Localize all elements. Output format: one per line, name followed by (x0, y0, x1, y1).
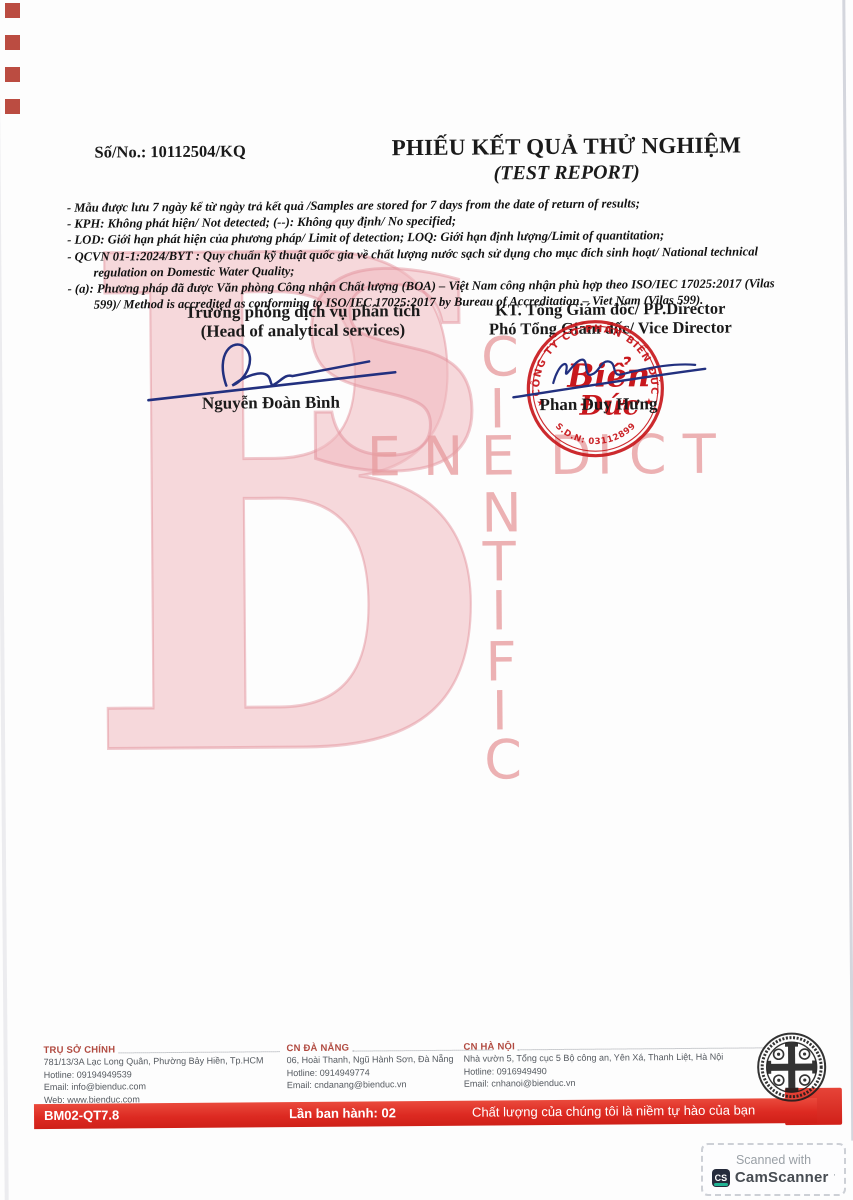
trademark-mark: ' (834, 1173, 836, 1182)
page-right-edge (842, 0, 853, 1141)
office-heading: CN HÀ NỘI (463, 1041, 515, 1052)
office-email: Email: cnhanoi@bienduc.vn (464, 1075, 766, 1090)
camscanner-brand-row: CS CamScanner ' (712, 1169, 835, 1187)
office-address: Nhà vườn 5, Tổng cục 5 Bộ công an, Yên X… (464, 1050, 766, 1065)
scan-artifact-square (5, 67, 20, 82)
footer-red-bar: BM02-QT7.8 Lần ban hành: 02 Chất lượng c… (34, 1098, 817, 1129)
watermark-letter: E (367, 425, 402, 488)
footer-office-danang: CN ĐÀ NẴNG 06, Hoài Thanh, Ngũ Hành Sơn,… (286, 1041, 492, 1091)
scanned-page: B S E N E D I C T C I N T I F I C Số/No.… (0, 0, 853, 1200)
cs-camscanner-icon: CS (712, 1169, 730, 1187)
benedict-medal-seal (755, 1031, 828, 1104)
office-email: Email: cndanang@bienduc.vn (287, 1077, 493, 1091)
slogan: Chất lượng của chúng tôi là niềm tự hào … (472, 1102, 755, 1119)
report-title-vi: PHIẾU KẾT QUẢ THỬ NGHIỆM (376, 132, 756, 161)
left-signatory-name: Nguyễn Đoàn Bình (158, 392, 383, 414)
scanned-with-label: Scanned with (736, 1153, 811, 1167)
page-left-edge (0, 3, 9, 1200)
left-signatory-title-vi: Trưởng phòng dịch vụ phân tích (143, 301, 463, 323)
issue-number: Lần ban hành: 02 (289, 1105, 396, 1121)
office-address: 781/13/3A Lạc Long Quân, Phường Bảy Hiền… (44, 1054, 280, 1068)
report-title-en: (TEST REPORT) (377, 160, 757, 186)
watermark-letter: N (423, 425, 464, 488)
scan-artifact-square (5, 99, 20, 114)
office-heading: CN ĐÀ NẴNG (286, 1043, 349, 1054)
report-notes: - Mẫu được lưu 7 ngày kể từ ngày trả kết… (57, 194, 800, 313)
footer-office-hq: TRỤ SỞ CHÍNH 781/13/3A Lạc Long Quân, Ph… (43, 1043, 279, 1106)
scan-artifact-square (5, 35, 20, 50)
camscanner-brand-name: CamScanner (735, 1169, 829, 1186)
watermark-letter: C (484, 728, 522, 791)
watermark-letter: T (683, 423, 716, 486)
document-number: Số/No.: 10112504/KQ (94, 141, 245, 162)
dotted-leader (118, 1051, 279, 1053)
form-code: BM02-QT7.8 (44, 1107, 119, 1123)
camscanner-badge: Scanned with CS CamScanner ' (701, 1143, 846, 1196)
report-title-block: PHIẾU KẾT QUẢ THỬ NGHIỆM (TEST REPORT) (376, 132, 756, 186)
footer-office-hanoi: CN HÀ NỘI Nhà vườn 5, Tổng cục 5 Bộ công… (463, 1039, 765, 1090)
right-signatory-name: Phan Duy Hưng (488, 394, 708, 416)
office-heading: TRỤ SỞ CHÍNH (43, 1044, 115, 1056)
scan-artifact-square (5, 3, 20, 18)
